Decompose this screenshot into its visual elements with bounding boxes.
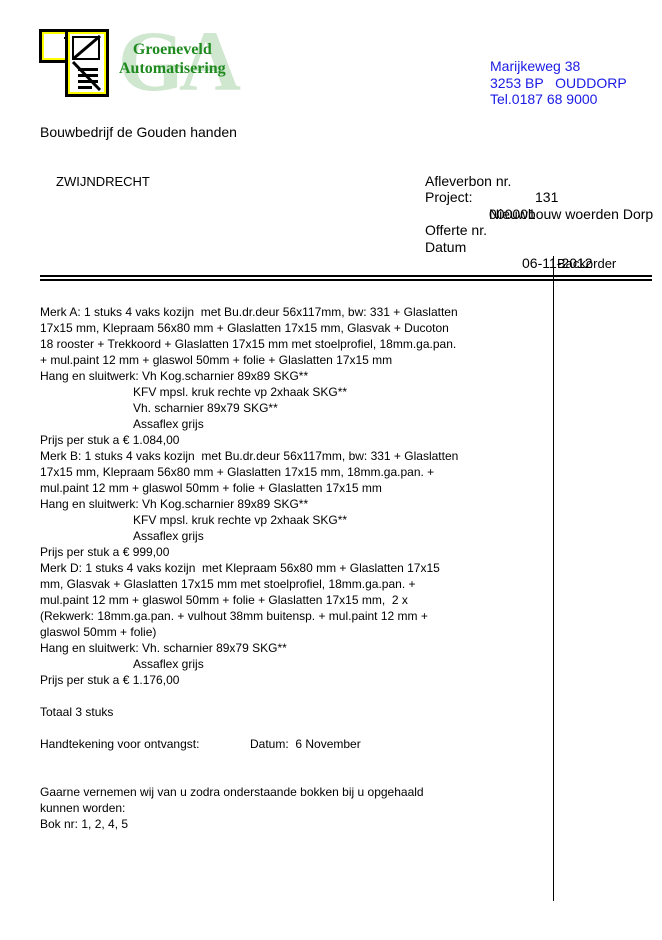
item-hardware-line: Hang en sluitwerk: Vh. scharnier 89x79 S… — [40, 640, 540, 656]
item-hardware-line: KFV mpsl. kruk rechte vp 2xhaak SKG** — [40, 512, 540, 528]
item-price: Prijs per stuk a € 999,00 — [40, 544, 540, 560]
item-description-line: Merk A: 1 stuks 4 vaks kozijn met Bu.dr.… — [40, 304, 540, 320]
recipient-name: Bouwbedrijf de Gouden handen — [40, 124, 237, 140]
project-name: Nieuwbouw woerden Dorp — [489, 206, 653, 223]
item-price: Prijs per stuk a € 1.176,00 — [40, 672, 540, 688]
company-name-line2: Automatisering — [119, 59, 226, 78]
meta-afleverbon: Afleverbon nr. 131 — [425, 156, 441, 173]
item-hardware-line: Hang en sluitwerk: Vh Kog.scharnier 89x8… — [40, 368, 540, 384]
bok-numbers: Bok nr: 1, 2, 4, 5 — [40, 816, 540, 832]
item-price: Prijs per stuk a € 1.084,00 — [40, 432, 540, 448]
company-name-line1: Groeneveld — [119, 40, 226, 59]
item-hardware-line: Assaflex grijs — [40, 416, 540, 432]
table-header-rule-top — [40, 275, 652, 277]
item-description-line: mm, Glasvak + Glaslatten 17x15 mm met st… — [40, 576, 540, 592]
item-description-line: glaswol 50mm + folie) — [40, 624, 540, 640]
spacer — [40, 752, 540, 768]
item-description-line: Merk D: 1 stuks 4 vaks kozijn met Klepra… — [40, 560, 540, 576]
item-hardware-line: Assaflex grijs — [40, 528, 540, 544]
recipient-city: ZWIJNDRECHT — [56, 174, 150, 189]
spacer — [40, 720, 540, 736]
item-description-line: 18 rooster + Trekkoord + Glaslatten 17x1… — [40, 336, 540, 352]
address-street: Marijkeweg 38 — [490, 58, 627, 75]
total-count: Totaal 3 stuks — [40, 704, 540, 720]
signature-date: Datum: 6 November — [250, 736, 361, 752]
address-city: 3253 BP OUDDORP — [490, 75, 627, 92]
item-description-line: mul.paint 12 mm + glaswol 50mm + folie +… — [40, 592, 540, 608]
item-hardware-line: Hang en sluitwerk: Vh Kog.scharnier 89x8… — [40, 496, 540, 512]
backorder-column-divider — [553, 256, 554, 901]
item-hardware-line: Vh. scharnier 89x79 SKG** — [40, 400, 540, 416]
item-hardware-line: Assaflex grijs — [40, 656, 540, 672]
spacer — [40, 768, 540, 784]
item-description-line: (Rekwerk: 18mm.ga.pan. + vulhout 38mm bu… — [40, 608, 540, 624]
meta-offerte: Offerte nr. — [425, 206, 441, 223]
meta-datum: Datum 06-11-2012 — [425, 222, 441, 239]
item-description-line: Merk B: 1 stuks 4 vaks kozijn met Bu.dr.… — [40, 448, 540, 464]
item-description-line: 17x15 mm, Klepraam 56x80 mm + Glaslatten… — [40, 320, 540, 336]
item-description-line: 17x15 mm, Klepraam 56x80 mm + Glaslatten… — [40, 464, 540, 480]
signature-label: Handtekening voor ontvangst: — [40, 737, 199, 751]
company-address: Marijkeweg 38 3253 BP OUDDORP Tel.0187 6… — [490, 58, 627, 108]
spacer — [40, 688, 540, 704]
meta-project-name: Nieuwbouw woerden Dorp — [425, 189, 441, 206]
pickup-note: Gaarne vernemen wij van u zodra ondersta… — [40, 784, 540, 800]
company-logo-icon — [38, 28, 110, 98]
afleverbon-value: 131 — [535, 189, 558, 206]
pickup-note: kunnen worden: — [40, 800, 540, 816]
item-description-line: + mul.paint 12 mm + glaswol 50mm + folie… — [40, 352, 540, 368]
meta-project: Project: 000001 — [425, 173, 441, 190]
table-header-rule-bottom — [40, 279, 652, 281]
item-description-line: mul.paint 12 mm + glaswol 50mm + folie +… — [40, 480, 540, 496]
signature-row: Handtekening voor ontvangst:Datum: 6 Nov… — [40, 736, 540, 752]
delivery-items: Merk A: 1 stuks 4 vaks kozijn met Bu.dr.… — [40, 304, 540, 832]
item-hardware-line: KFV mpsl. kruk rechte vp 2xhaak SKG** — [40, 384, 540, 400]
datum-label: Datum — [425, 239, 466, 256]
delivery-meta: Afleverbon nr. 131 Project: 000001 Nieuw… — [425, 156, 441, 239]
company-name: Groeneveld Automatisering — [119, 40, 226, 78]
backorder-header: Backorder — [557, 256, 616, 271]
address-phone: Tel.0187 68 9000 — [490, 91, 627, 108]
